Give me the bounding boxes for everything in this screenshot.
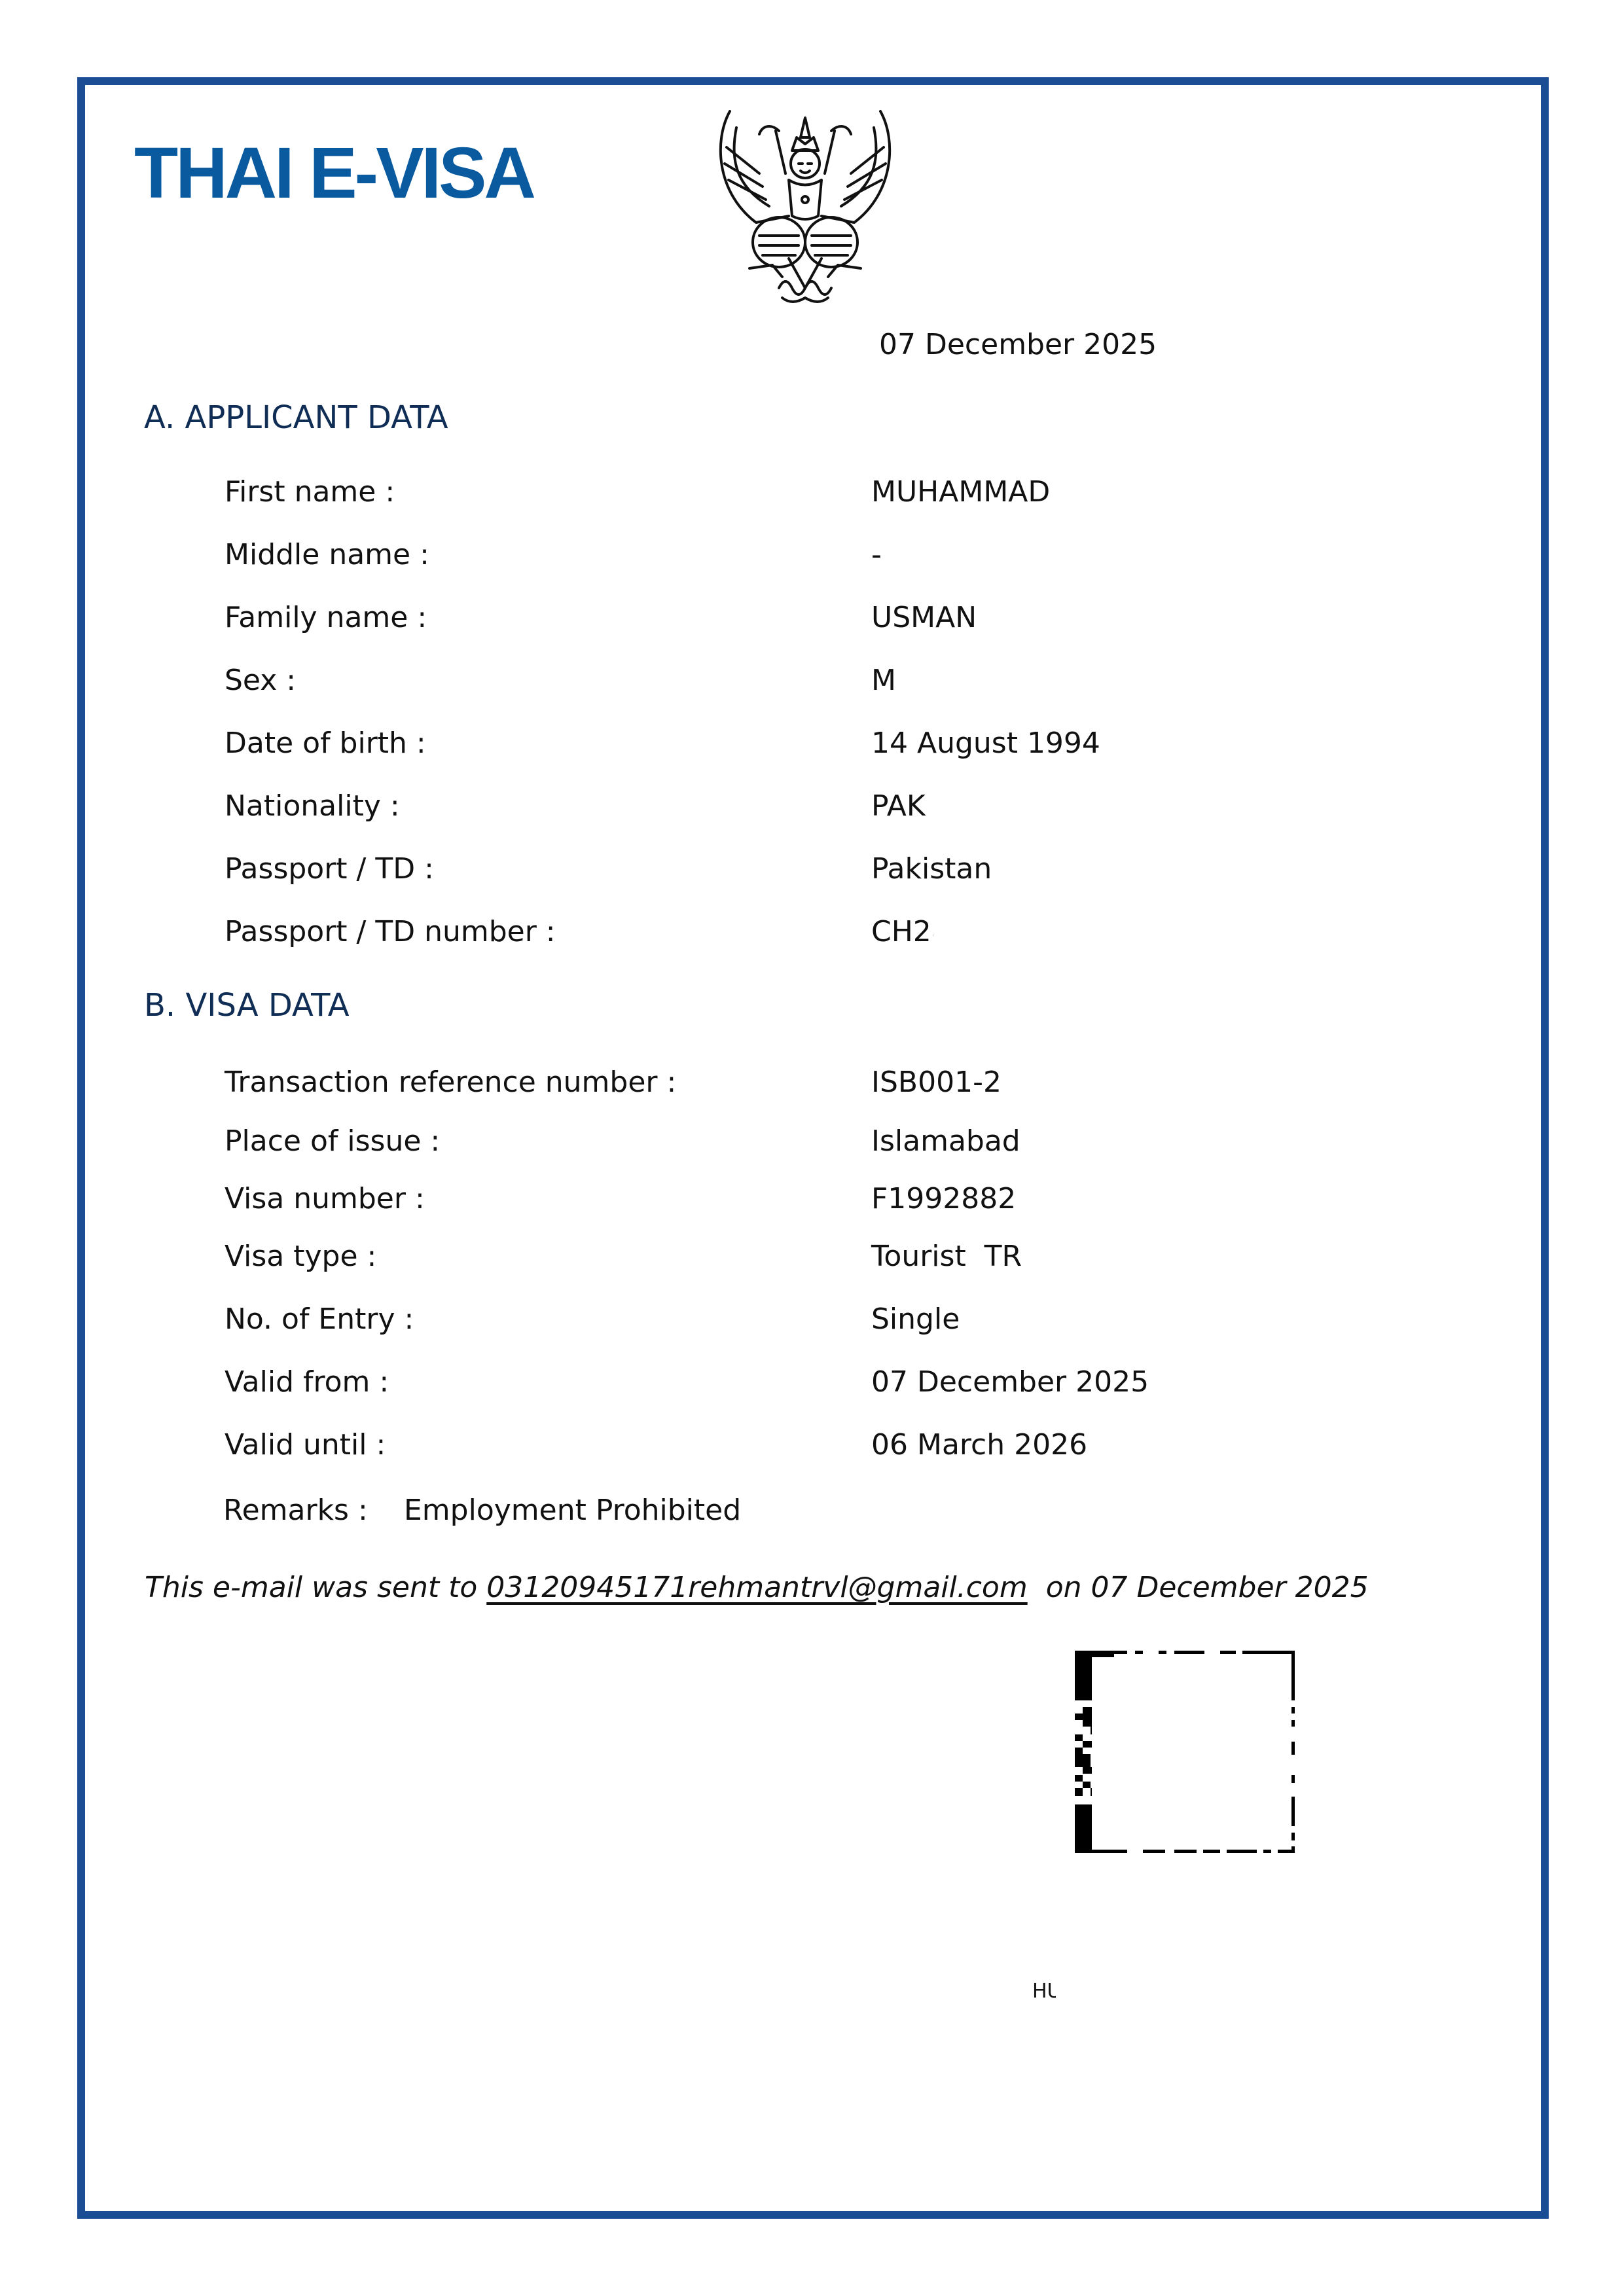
transaction-ref-label: Transaction reference number : bbox=[225, 1068, 676, 1097]
document-title: THAI E-VISA bbox=[134, 137, 533, 209]
remarks-value: Employment Prohibited bbox=[404, 1496, 741, 1525]
email-address-link[interactable]: 03120945171rehmantrvl@gmail.com bbox=[486, 1571, 1027, 1604]
passport-number-value: CH28 bbox=[871, 918, 933, 946]
email-suffix: on 07 December 2025 bbox=[1028, 1571, 1369, 1604]
passport-td-label: Passport / TD : bbox=[225, 855, 434, 884]
valid-until-label: Valid until : bbox=[225, 1431, 386, 1460]
email-notice: This e-mail was sent to 03120945171rehma… bbox=[145, 1572, 1369, 1604]
entry-count-label: No. of Entry : bbox=[225, 1305, 414, 1334]
qr-code-icon bbox=[1075, 1651, 1334, 1922]
applicant-section-heading: A. APPLICANT DATA bbox=[144, 402, 448, 433]
qr-caption: HU bbox=[1032, 1982, 1056, 2001]
family-name-label: Family name : bbox=[225, 603, 427, 632]
visa-number-value: F1992882 bbox=[871, 1185, 1016, 1213]
passport-number-cell: CH28 bbox=[871, 918, 933, 946]
middle-name-label: Middle name : bbox=[225, 541, 429, 569]
passport-td-value: Pakistan bbox=[871, 855, 992, 884]
nationality-value: PAK bbox=[871, 792, 926, 821]
remarks-label: Remarks : bbox=[223, 1496, 368, 1525]
visa-type-label: Visa type : bbox=[225, 1242, 376, 1271]
garuda-emblem-icon bbox=[710, 101, 900, 311]
middle-name-value: - bbox=[871, 541, 882, 569]
email-prefix: This e-mail was sent to bbox=[145, 1571, 486, 1604]
passport-number-label: Passport / TD number : bbox=[225, 918, 556, 946]
date-of-birth-value: 14 August 1994 bbox=[871, 729, 1100, 758]
sex-value: M bbox=[871, 666, 896, 695]
sex-label: Sex : bbox=[225, 666, 296, 695]
nationality-label: Nationality : bbox=[225, 792, 400, 821]
transaction-ref-value: ISB001-2 bbox=[871, 1068, 1001, 1097]
first-name-label: First name : bbox=[225, 478, 395, 507]
date-of-birth-label: Date of birth : bbox=[225, 729, 426, 758]
visa-section-heading: B. VISA DATA bbox=[144, 990, 350, 1021]
family-name-value: USMAN bbox=[871, 603, 977, 632]
place-of-issue-value: Islamabad bbox=[871, 1127, 1020, 1156]
entry-count-value: Single bbox=[871, 1305, 960, 1334]
valid-from-value: 07 December 2025 bbox=[871, 1368, 1149, 1397]
place-of-issue-label: Place of issue : bbox=[225, 1127, 440, 1156]
issue-date: 07 December 2025 bbox=[879, 331, 1157, 359]
first-name-value: MUHAMMAD bbox=[871, 478, 1050, 507]
visa-number-label: Visa number : bbox=[225, 1185, 425, 1213]
visa-type-value: Tourist TR bbox=[871, 1242, 1022, 1271]
valid-from-label: Valid from : bbox=[225, 1368, 389, 1397]
valid-until-value: 06 March 2026 bbox=[871, 1431, 1087, 1460]
